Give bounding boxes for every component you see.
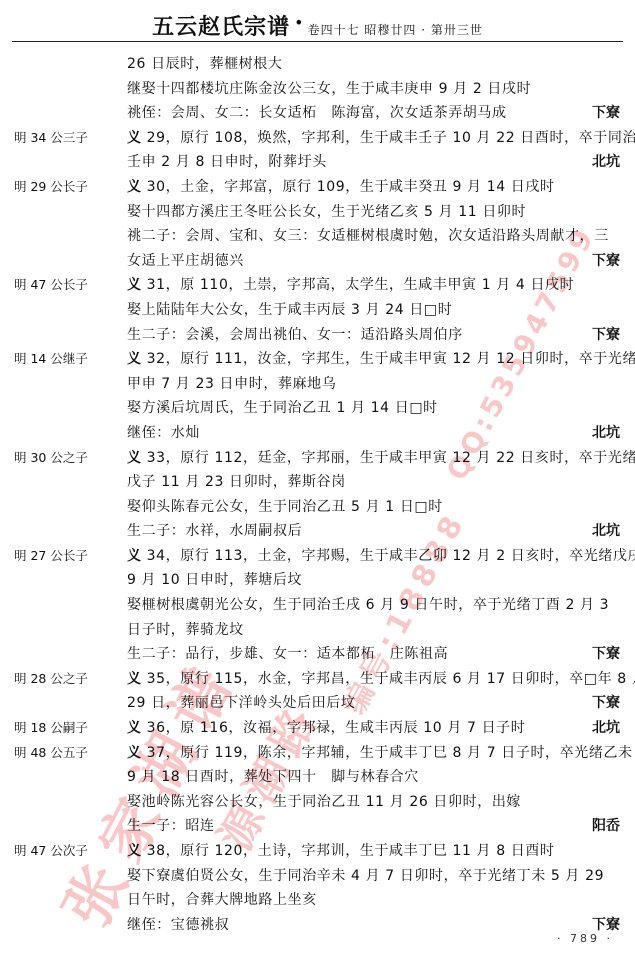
- header-rule: [12, 41, 623, 42]
- text-line: 26 日辰时，葬榧树根大: [0, 52, 635, 77]
- text-line: 明 14 公继子义 32，原行 111，汝金，字邦生，生于咸丰甲寅 12 月 1…: [0, 347, 635, 372]
- text-line: 女适上平庄胡德兴下寮: [0, 249, 635, 274]
- text-line: 生一子：昭连阳岙: [0, 814, 635, 839]
- generation-mark: 义: [127, 130, 142, 146]
- page-number: · 789 ·: [557, 932, 613, 945]
- entry-text: 9 月 10 日申时，葬塘后坟: [127, 568, 302, 593]
- entry-text: 娶榧树根虞朝光公女，生于同治壬戌 6 月 9 日午时，卒于光绪丁酉 2 月 3: [127, 593, 609, 618]
- burial-place: 北坑: [592, 150, 620, 175]
- entry-text: 生二子：品行，步雄、女一：适本都柘 庄陈祖高: [127, 642, 448, 667]
- generation-mark: 义: [127, 351, 142, 367]
- entry-text: 义 35，原行 115，水金，字邦昌，生于咸丰丙辰 6 月 17 日卯时，卒□年…: [127, 667, 635, 692]
- text-line: 明 47 公长子义 31，原 110，土崇，字邦高，太学生，生咸丰甲寅 1 月 …: [0, 273, 635, 298]
- lineage-label: 明 47 公长子: [14, 273, 88, 298]
- lineage-label: 明 30 公之子: [14, 446, 88, 471]
- entry-text: 壬申 2 月 8 日申时，附葬圩头: [127, 150, 327, 175]
- text-line: 娶方溪后坑周氏，生于同治乙丑 1 月 14 日□时: [0, 396, 635, 421]
- text-line: 明 30 公之子义 33，原行 112，廷金，字邦丽，生于咸丰甲寅 12 月 2…: [0, 446, 635, 471]
- entry-text: 娶仰头陈春元公女，生于同治乙丑 5 月 1 日□时: [127, 495, 443, 520]
- text-line: 继娶十四都楼坑庄陈金汝公三女，生于咸丰庚申 9 月 2 日戌时: [0, 77, 635, 102]
- lineage-label: 明 29 公长子: [14, 175, 88, 200]
- text-line: 娶十四都方溪庄王冬旺公长女，生于光绪乙亥 5 月 11 日卯时: [0, 200, 635, 225]
- entry-text: 义 38，原行 120，土诗，字邦训，生于咸丰丁巳 11 月 8 日酉时: [127, 839, 555, 864]
- text-line: 娶榧树根虞朝光公女，生于同治壬戌 6 月 9 日午时，卒于光绪丁酉 2 月 3: [0, 593, 635, 618]
- book-title: 五云赵氏宗谱: [152, 14, 290, 40]
- text-line: 29 日，葬丽邑下洋岭头处后田后坟下寮: [0, 691, 635, 716]
- entry-text: 26 日辰时，葬榧树根大: [127, 52, 282, 77]
- title-separator: •: [294, 13, 303, 32]
- text-line: 明 28 公之子义 35，原行 115，水金，字邦昌，生于咸丰丙辰 6 月 17…: [0, 667, 635, 692]
- burial-place: 下寮: [592, 323, 620, 348]
- text-line: 明 27 公长子义 34，原行 113，土金，字邦赐，生于咸丰乙卯 12 月 2…: [0, 544, 635, 569]
- text-line: 日午时，合葬大牌地路上坐亥: [0, 888, 635, 913]
- generation-mark: 义: [127, 843, 142, 859]
- burial-place: 下寮: [592, 249, 620, 274]
- burial-place: 下寮: [592, 691, 620, 716]
- entry-text: 日子时，葬骑龙坟: [127, 618, 244, 643]
- burial-place: 下寮: [592, 101, 620, 126]
- text-line: 明 47 公次子义 38，原行 120，土诗，字邦训，生于咸丰丁巳 11 月 8…: [0, 839, 635, 864]
- text-line: 继侄：水灿北坑: [0, 421, 635, 446]
- lineage-label: 明 47 公次子: [14, 839, 88, 864]
- entry-text: 娶十四都方溪庄王冬旺公长女，生于光绪乙亥 5 月 11 日卯时: [127, 200, 526, 225]
- entry-text: 祧二子：会周、宝和、女三：女适榧树根虞时勉，次女适沿路头周献才，三: [127, 224, 609, 249]
- entry-text: 义 30，土金，字邦富，原行 109，生于咸丰癸丑 9 月 14 日戌时: [127, 175, 555, 200]
- entry-text: 日午时，合葬大牌地路上坐亥: [127, 888, 317, 913]
- text-line: 甲申 7 月 23 日申时，葬麻地乌: [0, 372, 635, 397]
- text-line: 祧侄：会周、女二：长女适柘 陈海富，次女适茶弄胡马成下寮: [0, 101, 635, 126]
- text-line: 生二子：水祥，水周嗣叔后北坑: [0, 519, 635, 544]
- text-line: 9 月 18 日酉时，葬处下四十 脚与林春合穴: [0, 765, 635, 790]
- generation-mark: 义: [127, 671, 142, 687]
- generation-mark: 义: [127, 450, 142, 466]
- text-line: 娶下寮虞伯贤公女，生于同治辛未 4 月 7 日卯时，卒于光绪丁未 5 月 29: [0, 864, 635, 889]
- entry-text: 继娶十四都楼坑庄陈金汝公三女，生于咸丰庚申 9 月 2 日戌时: [127, 77, 531, 102]
- text-line: 日子时，葬骑龙坟: [0, 618, 635, 643]
- entry-text: 义 29，原行 108，焕然，字邦利，生于咸丰壬子 10 月 22 日酉时，卒于…: [127, 126, 635, 151]
- burial-place: 北坑: [592, 519, 620, 544]
- lineage-label: 明 14 公继子: [14, 347, 88, 372]
- entry-text: 继侄：宝德祧叔: [127, 913, 229, 938]
- entry-text: 生二子：会溪，会周出祧伯、女一：适沿路头周伯序: [127, 323, 463, 348]
- entry-text: 继侄：水灿: [127, 421, 200, 446]
- entry-text: 娶方溪后坑周氏，生于同治乙丑 1 月 14 日□时: [127, 396, 438, 421]
- generation-mark: 义: [127, 720, 142, 736]
- page-header: 五云赵氏宗谱•卷四十七 昭穆廿四 · 第卅三世: [0, 10, 635, 40]
- generation-mark: 义: [127, 179, 142, 195]
- entry-text: 义 32，原行 111，汝金，字邦生，生于咸丰甲寅 12 月 12 日卯时，卒于…: [127, 347, 635, 372]
- lineage-label: 明 27 公长子: [14, 544, 88, 569]
- entry-text: 义 33，原行 112，廷金，字邦丽，生于咸丰甲寅 12 月 22 日亥时，卒于…: [127, 446, 635, 471]
- text-line: 壬申 2 月 8 日申时，附葬圩头北坑: [0, 150, 635, 175]
- text-line: 娶仰头陈春元公女，生于同治乙丑 5 月 1 日□时: [0, 495, 635, 520]
- text-line: 娶上陆陆年大公女，生于咸丰丙辰 3 月 24 日□时: [0, 298, 635, 323]
- text-line: 明 34 公三子义 29，原行 108，焕然，字邦利，生于咸丰壬子 10 月 2…: [0, 126, 635, 151]
- burial-place: 北坑: [592, 421, 620, 446]
- burial-place: 北坑: [592, 716, 620, 741]
- lineage-label: 明 28 公之子: [14, 667, 88, 692]
- text-line: 娶池岭陈光容公长女，生于同治乙丑 11 月 26 日卯时，出嫁: [0, 790, 635, 815]
- text-line: 9 月 10 日申时，葬塘后坟: [0, 568, 635, 593]
- entry-text: 祧侄：会周、女二：长女适柘 陈海富，次女适茶弄胡马成: [127, 101, 507, 126]
- entry-text: 戊子 11 月 23 日卯时，葬斯谷岗: [127, 470, 346, 495]
- text-line: 祧二子：会周、宝和、女三：女适榧树根虞时勉，次女适沿路头周献才，三: [0, 224, 635, 249]
- text-line: 戊子 11 月 23 日卯时，葬斯谷岗: [0, 470, 635, 495]
- generation-mark: 义: [127, 277, 142, 293]
- entry-text: 义 37，原行 119，陈余，字邦辅，生于咸丰丁巳 8 月 7 日子时，卒光绪乙…: [127, 741, 633, 766]
- entry-text: 29 日，葬丽邑下洋岭头处后田后坟: [127, 691, 355, 716]
- entry-text: 义 31，原 110，土崇，字邦高，太学生，生咸丰甲寅 1 月 4 日戌时: [127, 273, 574, 298]
- entry-text: 9 月 18 日酉时，葬处下四十 脚与林春合穴: [127, 765, 419, 790]
- text-line: 明 48 公五子义 37，原行 119，陈余，字邦辅，生于咸丰丁巳 8 月 7 …: [0, 741, 635, 766]
- text-line: 生二子：品行，步雄、女一：适本都柘 庄陈祖高下寮: [0, 642, 635, 667]
- text-line: 继侄：宝德祧叔下寮: [0, 913, 635, 938]
- burial-place: 阳岙: [592, 814, 620, 839]
- genealogy-body: 26 日辰时，葬榧树根大继娶十四都楼坑庄陈金汝公三女，生于咸丰庚申 9 月 2 …: [0, 52, 635, 937]
- entry-text: 义 34，原行 113，土金，字邦赐，生于咸丰乙卯 12 月 2 日亥时，卒光绪…: [127, 544, 635, 569]
- lineage-label: 明 48 公五子: [14, 741, 88, 766]
- generation-mark: 义: [127, 548, 142, 564]
- generation-mark: 义: [127, 745, 142, 761]
- text-line: 明 29 公长子义 30，土金，字邦富，原行 109，生于咸丰癸丑 9 月 14…: [0, 175, 635, 200]
- burial-place: 下寮: [592, 642, 620, 667]
- entry-text: 生一子：昭连: [127, 814, 215, 839]
- entry-text: 娶池岭陈光容公长女，生于同治乙丑 11 月 26 日卯时，出嫁: [127, 790, 521, 815]
- entry-text: 甲申 7 月 23 日申时，葬麻地乌: [127, 372, 336, 397]
- entry-text: 娶上陆陆年大公女，生于咸丰丙辰 3 月 24 日□时: [127, 298, 452, 323]
- entry-text: 女适上平庄胡德兴: [127, 249, 244, 274]
- lineage-label: 明 18 公嗣子: [14, 716, 88, 741]
- text-line: 生二子：会溪，会周出祧伯、女一：适沿路头周伯序下寮: [0, 323, 635, 348]
- lineage-label: 明 34 公三子: [14, 126, 88, 151]
- volume-subtitle: 卷四十七 昭穆廿四 · 第卅三世: [308, 23, 483, 37]
- entry-text: 义 36，原 116，汝福，字邦禄，生咸丰丙辰 10 月 7 日子时: [127, 716, 525, 741]
- text-line: 明 18 公嗣子义 36，原 116，汝福，字邦禄，生咸丰丙辰 10 月 7 日…: [0, 716, 635, 741]
- entry-text: 娶下寮虞伯贤公女，生于同治辛未 4 月 7 日卯时，卒于光绪丁未 5 月 29: [127, 864, 604, 889]
- entry-text: 生二子：水祥，水周嗣叔后: [127, 519, 302, 544]
